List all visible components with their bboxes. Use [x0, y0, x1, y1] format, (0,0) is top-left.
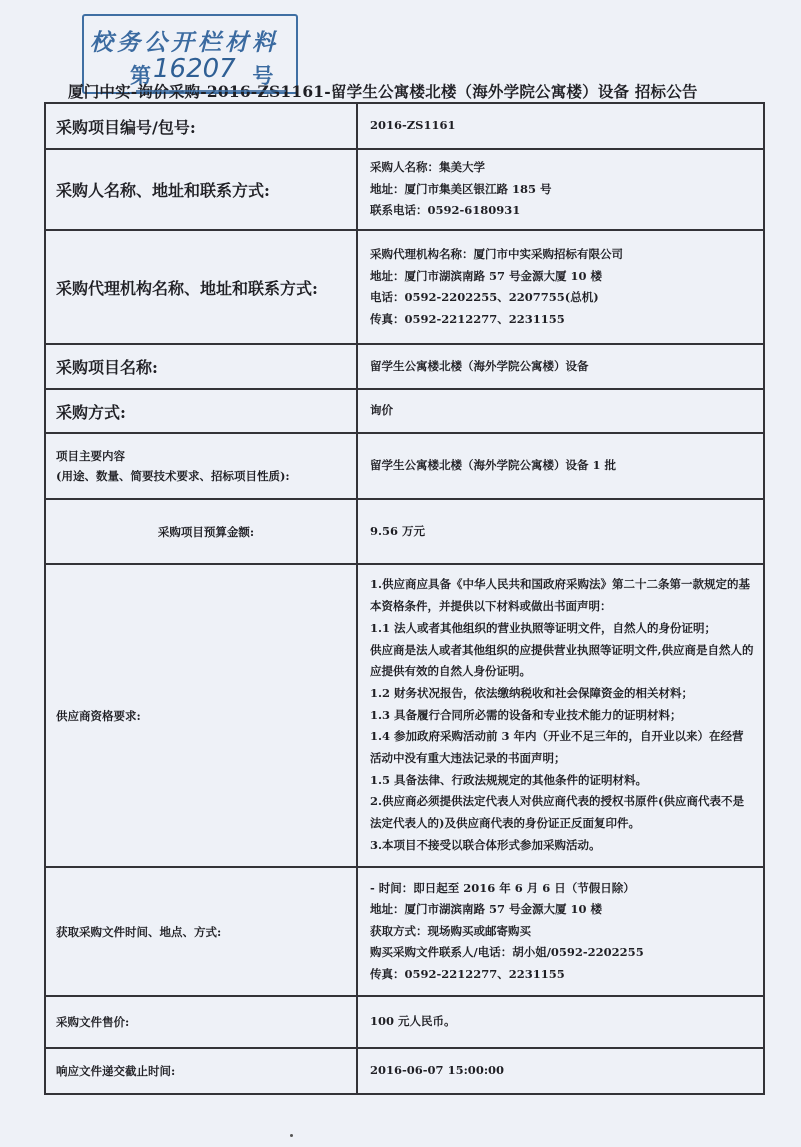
row-value: 9.56 万元 — [357, 499, 764, 564]
row-label: 采购方式: — [45, 389, 357, 433]
row-label: 采购人名称、地址和联系方式: — [45, 149, 357, 230]
value-line: 供应商是法人或者其他组织的应提供营业执照等证明文件,供应商是自然人的应提供有效的… — [370, 640, 755, 683]
row-label: 采购文件售价: — [45, 996, 357, 1048]
value-line: 留学生公寓楼北楼（海外学院公寓楼）设备 1 批 — [370, 455, 755, 477]
row-value: 采购人名称：集美大学 地址：厦门市集美区银江路 185 号 联系电话：0592-… — [357, 149, 764, 230]
value-line: 地址：厦门市湖滨南路 57 号金源大厦 10 楼 — [370, 899, 755, 921]
value-line: 9.56 万元 — [370, 521, 755, 543]
row-value: 采购代理机构名称：厦门市中实采购招标有限公司 地址：厦门市湖滨南路 57 号金源… — [357, 230, 764, 344]
table-row-procurement-method: 采购方式: 询价 — [45, 389, 764, 433]
table-row-submission-deadline: 响应文件递交截止时间: 2016-06-07 15:00:00 — [45, 1048, 764, 1094]
row-value: 2016-ZS1161 — [357, 103, 764, 149]
table-row-project-name: 采购项目名称: 留学生公寓楼北楼（海外学院公寓楼）设备 — [45, 344, 764, 389]
row-label: 采购项目名称: — [45, 344, 357, 389]
row-label: 采购代理机构名称、地址和联系方式: — [45, 230, 357, 344]
value-line: 1.1 法人或者其他组织的营业执照等证明文件，自然人的身份证明； — [370, 618, 755, 640]
table-row-budget: 采购项目预算金额: 9.56 万元 — [45, 499, 764, 564]
value-line: 1.5 具备法律、行政法规规定的其他条件的证明材料。 — [370, 770, 755, 792]
value-line: 传真：0592-2212277、2231155 — [370, 309, 755, 331]
value-line: 电话：0592-2202255、2207755(总机) — [370, 287, 755, 309]
value-line: 留学生公寓楼北楼（海外学院公寓楼）设备 — [370, 356, 755, 378]
stamp-overlap-line — [136, 90, 286, 92]
row-label: 响应文件递交截止时间: — [45, 1048, 357, 1094]
table-row-obtain-documents: 获取采购文件时间、地点、方式: - 时间：即日起至 2016 年 6 月 6 日… — [45, 867, 764, 996]
value-line: 2016-ZS1161 — [370, 115, 755, 137]
procurement-notice-table: 采购项目编号/包号: 2016-ZS1161 采购人名称、地址和联系方式: 采购… — [44, 102, 765, 1095]
value-line: 传真：0592-2212277、2231155 — [370, 964, 755, 986]
table-row-agency: 采购代理机构名称、地址和联系方式: 采购代理机构名称：厦门市中实采购招标有限公司… — [45, 230, 764, 344]
value-line: 地址：厦门市湖滨南路 57 号金源大厦 10 楼 — [370, 266, 755, 288]
row-value: 留学生公寓楼北楼（海外学院公寓楼）设备 1 批 — [357, 433, 764, 499]
scan-speck — [290, 1134, 293, 1137]
value-line: 1.3 具备履行合同所必需的设备和专业技术能力的证明材料； — [370, 705, 755, 727]
table-row-supplier-qualifications: 供应商资格要求: 1.供应商应具备《中华人民共和国政府采购法》第二十二条第一款规… — [45, 564, 764, 867]
row-label: 项目主要内容 (用途、数量、简要技术要求、招标项目性质): — [45, 433, 357, 499]
row-label-main: 项目主要内容 — [56, 446, 356, 466]
value-line: 获取方式：现场购买或邮寄购买 — [370, 921, 755, 943]
value-line: 1.4 参加政府采购活动前 3 年内（开业不足三年的，自开业以来）在经营活动中没… — [370, 726, 755, 769]
stamp-title: 校务公开栏材料 — [90, 24, 279, 57]
row-label: 采购项目预算金额: — [45, 499, 357, 564]
row-value: - 时间：即日起至 2016 年 6 月 6 日（节假日除） 地址：厦门市湖滨南… — [357, 867, 764, 996]
value-line: 联系电话：0592-6180931 — [370, 200, 755, 222]
value-line: 1.供应商应具备《中华人民共和国政府采购法》第二十二条第一款规定的基本资格条件，… — [370, 574, 755, 617]
row-value: 1.供应商应具备《中华人民共和国政府采购法》第二十二条第一款规定的基本资格条件，… — [357, 564, 764, 867]
value-line: 采购人名称：集美大学 — [370, 157, 755, 179]
row-value: 询价 — [357, 389, 764, 433]
table-row-document-price: 采购文件售价: 100 元人民币。 — [45, 996, 764, 1048]
value-line: 2.供应商必须提供法定代表人对供应商代表的授权书原件(供应商代表不是法定代表人的… — [370, 791, 755, 834]
value-line: - 时间：即日起至 2016 年 6 月 6 日（节假日除） — [370, 878, 755, 900]
row-label: 获取采购文件时间、地点、方式: — [45, 867, 357, 996]
row-label: 采购项目编号/包号: — [45, 103, 357, 149]
value-line: 采购代理机构名称：厦门市中实采购招标有限公司 — [370, 244, 755, 266]
row-value: 2016-06-07 15:00:00 — [357, 1048, 764, 1094]
value-line: 100 元人民币。 — [370, 1011, 755, 1033]
table-row-main-content: 项目主要内容 (用途、数量、简要技术要求、招标项目性质): 留学生公寓楼北楼（海… — [45, 433, 764, 499]
value-line: 3.本项目不接受以联合体形式参加采购活动。 — [370, 835, 755, 857]
row-value: 100 元人民币。 — [357, 996, 764, 1048]
table-row-project-number: 采购项目编号/包号: 2016-ZS1161 — [45, 103, 764, 149]
value-line: 购买采购文件联系人/电话：胡小姐/0592-2202255 — [370, 942, 755, 964]
value-line: 询价 — [370, 400, 755, 422]
value-line: 地址：厦门市集美区银江路 185 号 — [370, 179, 755, 201]
value-line: 1.2 财务状况报告，依法缴纳税收和社会保障资金的相关材料； — [370, 683, 755, 705]
table-row-purchaser: 采购人名称、地址和联系方式: 采购人名称：集美大学 地址：厦门市集美区银江路 1… — [45, 149, 764, 230]
value-line: 2016-06-07 15:00:00 — [370, 1060, 755, 1082]
row-value: 留学生公寓楼北楼（海外学院公寓楼）设备 — [357, 344, 764, 389]
row-label: 供应商资格要求: — [45, 564, 357, 867]
row-label-sub: (用途、数量、简要技术要求、招标项目性质): — [56, 466, 356, 486]
